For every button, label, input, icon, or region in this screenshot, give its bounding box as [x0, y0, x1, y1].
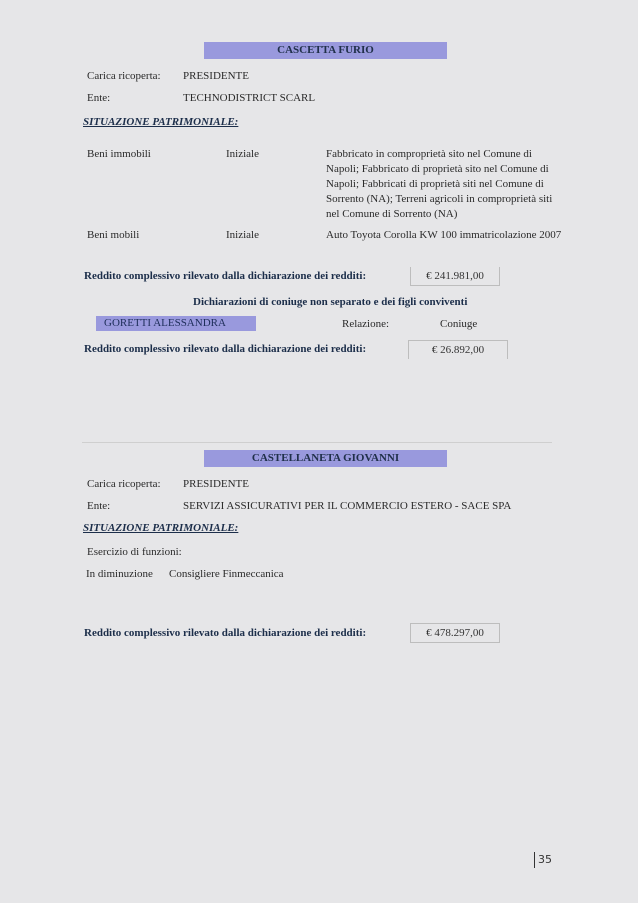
- ente-label: Ente:: [87, 92, 110, 104]
- person-name-bar: CASTELLANETA GIOVANNI: [204, 450, 447, 467]
- asset-type: Beni mobili: [87, 229, 139, 241]
- income-value: € 241.981,00: [410, 267, 500, 286]
- ente-value: SERVIZI ASSICURATIVI PER IL COMMERCIO ES…: [183, 500, 511, 512]
- section-title: SITUAZIONE PATRIMONIALE:: [83, 522, 238, 534]
- carica-label: Carica ricoperta:: [87, 70, 161, 82]
- carica-value: PRESIDENTE: [183, 70, 249, 82]
- family-member-name: GORETTI ALESSANDRA: [96, 316, 256, 331]
- change-value: Consigliere Finmeccanica: [169, 568, 284, 580]
- page-number: 35: [534, 852, 552, 868]
- person-name-bar: CASCETTA FURIO: [204, 42, 447, 59]
- relation-label: Relazione:: [342, 318, 389, 330]
- income-value: € 478.297,00: [410, 623, 500, 643]
- asset-status: Iniziale: [226, 148, 259, 160]
- ente-value: TECHNODISTRICT SCARL: [183, 92, 315, 104]
- family-income-label: Reddito complessivo rilevato dalla dichi…: [84, 343, 366, 355]
- section-title: SITUAZIONE PATRIMONIALE:: [83, 116, 238, 128]
- carica-value: PRESIDENTE: [183, 478, 249, 490]
- income-label: Reddito complessivo rilevato dalla dichi…: [84, 270, 366, 282]
- income-label: Reddito complessivo rilevato dalla dichi…: [84, 627, 366, 639]
- document-page: CASCETTA FURIO Carica ricoperta: PRESIDE…: [0, 0, 638, 903]
- change-label: In diminuzione: [86, 568, 153, 580]
- asset-description: Auto Toyota Corolla KW 100 immatricolazi…: [326, 228, 564, 243]
- section-divider: [82, 442, 552, 443]
- family-income-value: € 26.892,00: [408, 340, 508, 359]
- asset-status: Iniziale: [226, 229, 259, 241]
- family-heading: Dichiarazioni di coniuge non separato e …: [193, 296, 467, 308]
- esercizio-label: Esercizio di funzioni:: [87, 546, 182, 558]
- carica-label: Carica ricoperta:: [87, 478, 161, 490]
- asset-type: Beni immobili: [87, 148, 151, 160]
- relation-value: Coniuge: [440, 318, 477, 330]
- asset-description: Fabbricato in comproprietà sito nel Comu…: [326, 147, 564, 222]
- ente-label: Ente:: [87, 500, 110, 512]
